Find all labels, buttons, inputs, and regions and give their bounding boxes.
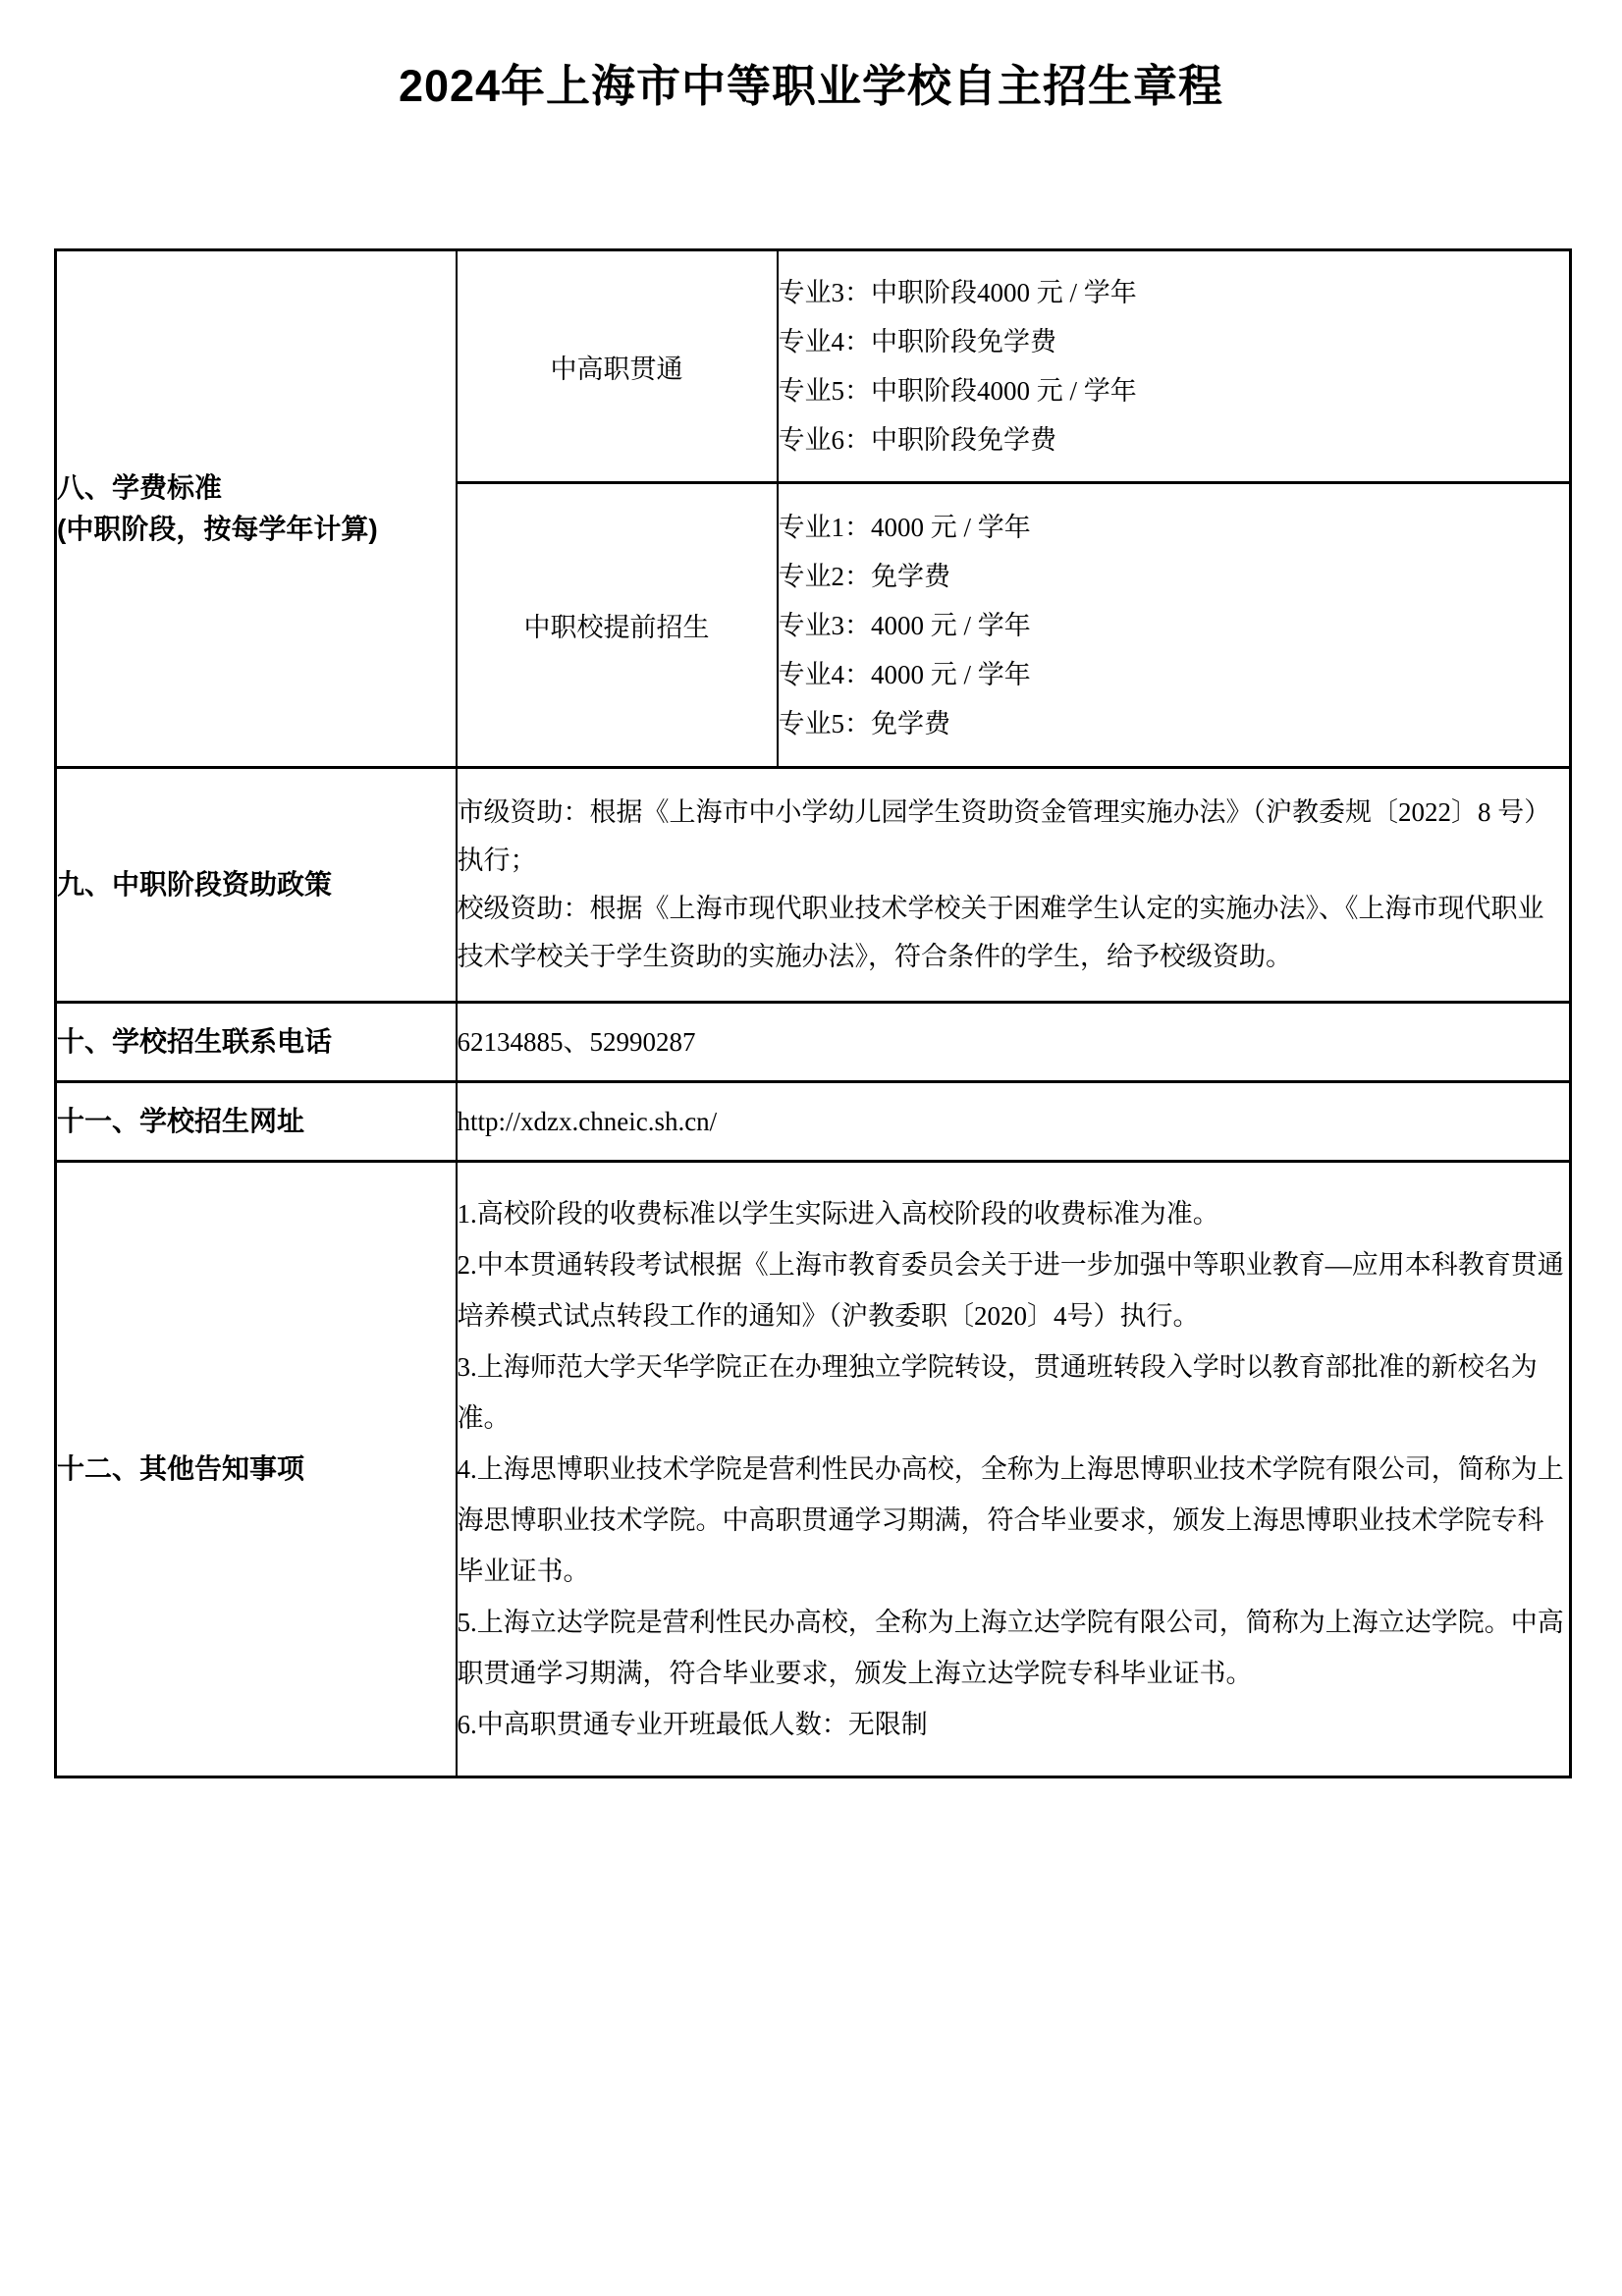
admissions-table: 八、学费标准 (中职阶段，按每学年计算) 中高职贯通 专业3：中职阶段4000 … (54, 248, 1572, 1778)
page-title: 2024年上海市中等职业学校自主招生章程 (0, 0, 1622, 112)
fee-item: 专业6：中职阶段免学费 (779, 415, 1570, 465)
table-row: 八、学费标准 (中职阶段，按每学年计算) 中高职贯通 专业3：中职阶段4000 … (56, 250, 1571, 483)
website-url: http://xdzx.chneic.sh.cn/ (458, 1107, 1570, 1136)
fee-item: 专业4：4000 元 / 学年 (779, 650, 1570, 699)
table-row: 十一、学校招生网址 http://xdzx.chneic.sh.cn/ (56, 1082, 1571, 1162)
phone-numbers: 62134885、52990287 (458, 1027, 1570, 1057)
other-item: 6.中高职贯通专业开班最低人数：无限制 (458, 1699, 1570, 1750)
fee-item: 专业5：免学费 (779, 699, 1570, 748)
other-item: 2.中本贯通转段考试根据《上海市教育委员会关于进一步加强中等职业教育—应用本科教… (458, 1239, 1570, 1341)
other-item: 1.高校阶段的收费标准以学生实际进入高校阶段的收费标准为准。 (458, 1188, 1570, 1239)
fee-item: 专业5：中职阶段4000 元 / 学年 (779, 366, 1570, 415)
other-content-cell: 1.高校阶段的收费标准以学生实际进入高校阶段的收费标准为准。 2.中本贯通转段考… (457, 1162, 1571, 1777)
funding-label: 九、中职阶段资助政策 (57, 864, 456, 905)
other-item: 4.上海思博职业技术学院是营利性民办高校，全称为上海思博职业技术学院有限公司，简… (458, 1444, 1570, 1597)
table-row: 九、中职阶段资助政策 市级资助：根据《上海市中小学幼儿园学生资助资金管理实施办法… (56, 768, 1571, 1003)
fee-item: 专业2：免学费 (779, 552, 1570, 601)
other-item: 3.上海师范大学天华学院正在办理独立学院转设，贯通班转段入学时以教育部批准的新校… (458, 1341, 1570, 1444)
website-label: 十一、学校招生网址 (57, 1101, 456, 1142)
fee-item: 专业4：中职阶段免学费 (779, 317, 1570, 366)
funding-school-line: 校级资助：根据《上海市现代职业技术学校关于困难学生认定的实施办法》、《上海市现代… (458, 885, 1570, 981)
other-item: 5.上海立达学院是营利性民办高校，全称为上海立达学院有限公司，简称为上海立达学院… (458, 1597, 1570, 1699)
tuition-label-line2: (中职阶段，按每学年计算) (57, 509, 456, 550)
funding-city-line: 市级资助：根据《上海市中小学幼儿园学生资助资金管理实施办法》（沪教委规〔2022… (458, 789, 1570, 885)
table-row: 十二、其他告知事项 1.高校阶段的收费标准以学生实际进入高校阶段的收费标准为准。… (56, 1162, 1571, 1777)
fee-item: 专业3：中职阶段4000 元 / 学年 (779, 268, 1570, 317)
funding-label-cell: 九、中职阶段资助政策 (56, 768, 457, 1003)
tuition-label-line1: 八、学费标准 (57, 467, 456, 509)
tuition-group-early-admission: 中职校提前招生 (457, 483, 778, 768)
tuition-fees-early-admission: 专业1：4000 元 / 学年 专业2：免学费 专业3：4000 元 / 学年 … (778, 483, 1571, 768)
phone-value-cell: 62134885、52990287 (457, 1003, 1571, 1082)
website-value-cell: http://xdzx.chneic.sh.cn/ (457, 1082, 1571, 1162)
tuition-group-name: 中职校提前招生 (524, 613, 710, 642)
tuition-label-cell: 八、学费标准 (中职阶段，按每学年计算) (56, 250, 457, 768)
funding-content-cell: 市级资助：根据《上海市中小学幼儿园学生资助资金管理实施办法》（沪教委规〔2022… (457, 768, 1571, 1003)
table-row: 十、学校招生联系电话 62134885、52990287 (56, 1003, 1571, 1082)
fee-item: 专业3：4000 元 / 学年 (779, 601, 1570, 650)
tuition-fees-through-train: 专业3：中职阶段4000 元 / 学年 专业4：中职阶段免学费 专业5：中职阶段… (778, 250, 1571, 483)
other-label-cell: 十二、其他告知事项 (56, 1162, 457, 1777)
website-label-cell: 十一、学校招生网址 (56, 1082, 457, 1162)
fee-item: 专业1：4000 元 / 学年 (779, 503, 1570, 552)
tuition-group-through-train: 中高职贯通 (457, 250, 778, 483)
other-label: 十二、其他告知事项 (57, 1449, 456, 1490)
phone-label: 十、学校招生联系电话 (57, 1021, 456, 1063)
tuition-group-name: 中高职贯通 (551, 355, 683, 384)
phone-label-cell: 十、学校招生联系电话 (56, 1003, 457, 1082)
